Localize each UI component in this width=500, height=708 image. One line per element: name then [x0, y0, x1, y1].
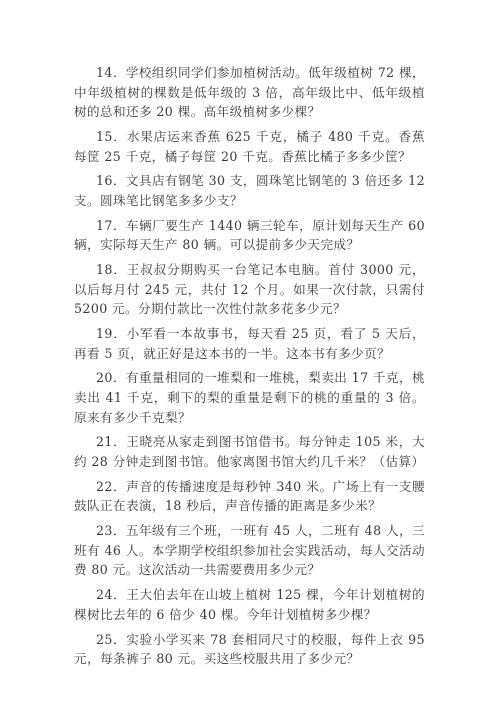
problem-16: 16．文具店有钢笔 30 支，圆珠笔比钢笔的 3 倍还多 12 支。圆珠笔比钢笔…: [74, 171, 425, 210]
problem-19: 19．小军看一本故事书，每天看 25 页，看了 5 天后，再看 5 页，就正好是…: [74, 324, 425, 363]
problem-25: 25．实验小学买来 78 套相同尺寸的校服，每件上衣 95 元，每条裤子 80 …: [74, 630, 425, 669]
worksheet-page: 14．学校组织同学们参加植树活动。低年级植树 72 棵，中年级植树的棵数是低年级…: [74, 63, 425, 674]
problem-24: 24．王大伯去年在山坡上植树 125 棵，今年计划植树的棵树比去年的 6 倍少 …: [74, 585, 425, 624]
problem-14: 14．学校组织同学们参加植树活动。低年级植树 72 棵，中年级植树的棵数是低年级…: [74, 63, 425, 122]
problem-22: 22．声音的传播速度是每秒钟 340 米。广场上有一支腰鼓队正在表演，18 秒后…: [74, 477, 425, 516]
problem-18: 18．王叔叔分期购买一台笔记本电脑。首付 3000 元，以后每月付 245 元，…: [74, 260, 425, 319]
problem-21: 21．王晓亮从家走到图书馆借书。每分钟走 105 米，大约 28 分钟走到图书馆…: [74, 432, 425, 471]
problem-17: 17．车辆厂要生产 1440 辆三轮车，原计划每天生产 60 辆，实际每天生产 …: [74, 216, 425, 255]
problem-23: 23．五年级有三个班，一班有 45 人，二班有 48 人，三班有 46 人。本学…: [74, 521, 425, 580]
problem-20: 20．有重量相同的一堆梨和一堆桃，梨卖出 17 千克，桃卖出 41 千克，剩下的…: [74, 368, 425, 427]
problem-15: 15．水果店运来香蕉 625 千克，橘子 480 千克。香蕉每筐 25 千克，橘…: [74, 127, 425, 166]
